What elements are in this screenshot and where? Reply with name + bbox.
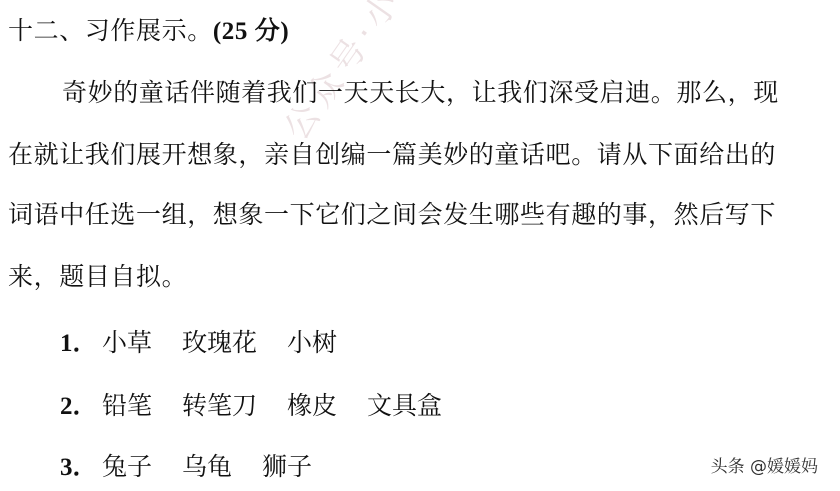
option-number: 1． <box>60 329 102 359</box>
option-word: 狮子 <box>262 452 312 482</box>
section-score: (25 分) <box>213 18 290 45</box>
paragraph-line: 词语中任选一组，想象一下它们之间会发生哪些有趣的事，然后写下 <box>8 200 776 230</box>
option-number: 2． <box>60 392 102 422</box>
option-word: 乌龟 <box>182 452 232 482</box>
source-credit: 头条 @媛媛妈 <box>711 452 818 477</box>
watermark-text: 公众号·小学语数 <box>270 0 480 148</box>
document-page: 公众号·小学语数 十二、习作展示。(25 分) 奇妙的童话伴随着我们一天天长大，… <box>0 0 840 491</box>
option-word: 小树 <box>287 328 337 358</box>
paragraph-line: 来，题目自拟。 <box>8 262 187 292</box>
option-number: 3． <box>60 453 102 483</box>
paragraph-line: 奇妙的童话伴随着我们一天天长大，让我们深受启迪。那么，现 <box>62 78 779 108</box>
section-title-text: 十二、习作展示。 <box>8 16 213 45</box>
option-word: 小草 <box>102 328 152 358</box>
option-word: 转笔刀 <box>182 391 257 421</box>
option-word: 玫瑰花 <box>182 328 257 358</box>
option-item-2: 2．铅笔转笔刀橡皮文具盒 <box>60 391 472 422</box>
paragraph-line: 在就让我们展开想象，亲自创编一篇美妙的童话吧。请从下面给出的 <box>8 140 776 170</box>
option-word: 铅笔 <box>102 391 152 421</box>
section-title: 十二、习作展示。(25 分) <box>8 16 289 47</box>
option-item-3: 3．兔子乌龟狮子 <box>60 452 342 483</box>
option-word: 兔子 <box>102 452 152 482</box>
option-word: 橡皮 <box>287 391 337 421</box>
option-word: 文具盒 <box>367 391 442 421</box>
option-item-1: 1．小草玫瑰花小树 <box>60 328 367 359</box>
